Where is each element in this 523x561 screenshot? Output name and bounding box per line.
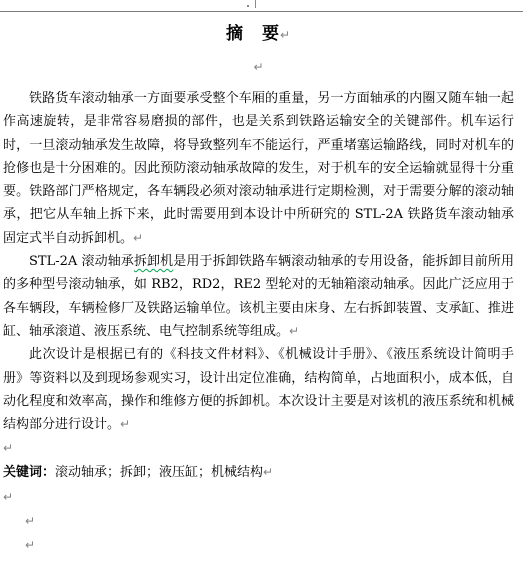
empty-line[interactable]: ↵ bbox=[3, 485, 514, 509]
paragraph-mark-icon: ↵ bbox=[289, 324, 299, 338]
paragraph-1-text[interactable]: 铁路货车滚动轴承一方面要承受整个车厢的重量，另一方面轴承的内圈又随车轴一起作高速… bbox=[3, 91, 514, 246]
document-page: 摘 要↵ ↵ 铁路货车滚动轴承一方面要承受整个车厢的重量，另一方面轴承的内圈又随… bbox=[0, 0, 523, 561]
paragraph-mark-icon: ↵ bbox=[253, 60, 263, 74]
abstract-body: 铁路货车滚动轴承一方面要承受整个车厢的重量，另一方面轴承的内圈又随车轴一起作高速… bbox=[3, 87, 514, 436]
paragraph-mark-icon: ↵ bbox=[280, 28, 291, 42]
paragraph-mark-icon: ↵ bbox=[25, 538, 35, 552]
header-rule bbox=[0, 11, 523, 12]
empty-line-indented[interactable]: ↵ bbox=[3, 533, 514, 557]
header-paragraph-mark bbox=[255, 0, 256, 8]
paragraph-mark-icon: ↵ bbox=[263, 465, 273, 479]
empty-line-centered[interactable]: ↵ bbox=[3, 53, 514, 79]
paragraph-2[interactable]: STL-2A 滚动轴承拆卸机是用于拆卸铁路车辆滚动轴承的专用设备，能拆卸目前所用… bbox=[3, 250, 514, 343]
abstract-title[interactable]: 摘 要↵ bbox=[3, 14, 514, 49]
keywords-line[interactable]: 关键词：滚动轴承；拆卸；液压缸；机械结构↵ bbox=[3, 460, 514, 485]
page-content: 摘 要↵ ↵ 铁路货车滚动轴承一方面要承受整个车厢的重量，另一方面轴承的内圈又随… bbox=[3, 14, 514, 557]
paragraph-3-text[interactable]: 此次设计是根据已有的《科技文件材料》、《机械设计手册》、《液压系统设计简明手册》… bbox=[3, 347, 514, 432]
paragraph-3[interactable]: 此次设计是根据已有的《科技文件材料》、《机械设计手册》、《液压系统设计简明手册》… bbox=[3, 343, 514, 436]
abstract-title-text[interactable]: 摘 要 bbox=[226, 24, 280, 44]
paragraph-mark-icon: ↵ bbox=[25, 514, 35, 528]
empty-line-indented[interactable]: ↵ bbox=[3, 509, 514, 533]
paragraph-2-text-before[interactable]: STL-2A 滚动轴承 bbox=[29, 254, 134, 269]
paragraph-mark-icon: ↵ bbox=[133, 231, 143, 245]
keywords-text[interactable]: 滚动轴承；拆卸；液压缸；机械结构 bbox=[55, 465, 263, 480]
paragraph-mark-icon: ↵ bbox=[120, 417, 130, 431]
keywords-label[interactable]: 关键词： bbox=[3, 465, 55, 480]
paragraph-mark-icon: ↵ bbox=[3, 441, 13, 455]
empty-line[interactable]: ↵ bbox=[3, 436, 514, 460]
paragraph-1[interactable]: 铁路货车滚动轴承一方面要承受整个车厢的重量，另一方面轴承的内圈又随车轴一起作高速… bbox=[3, 87, 514, 250]
paragraph-mark-icon: ↵ bbox=[3, 490, 13, 504]
header-paragraph-mark bbox=[247, 5, 249, 7]
spellcheck-flagged-word[interactable]: 拆卸机 bbox=[134, 254, 173, 269]
